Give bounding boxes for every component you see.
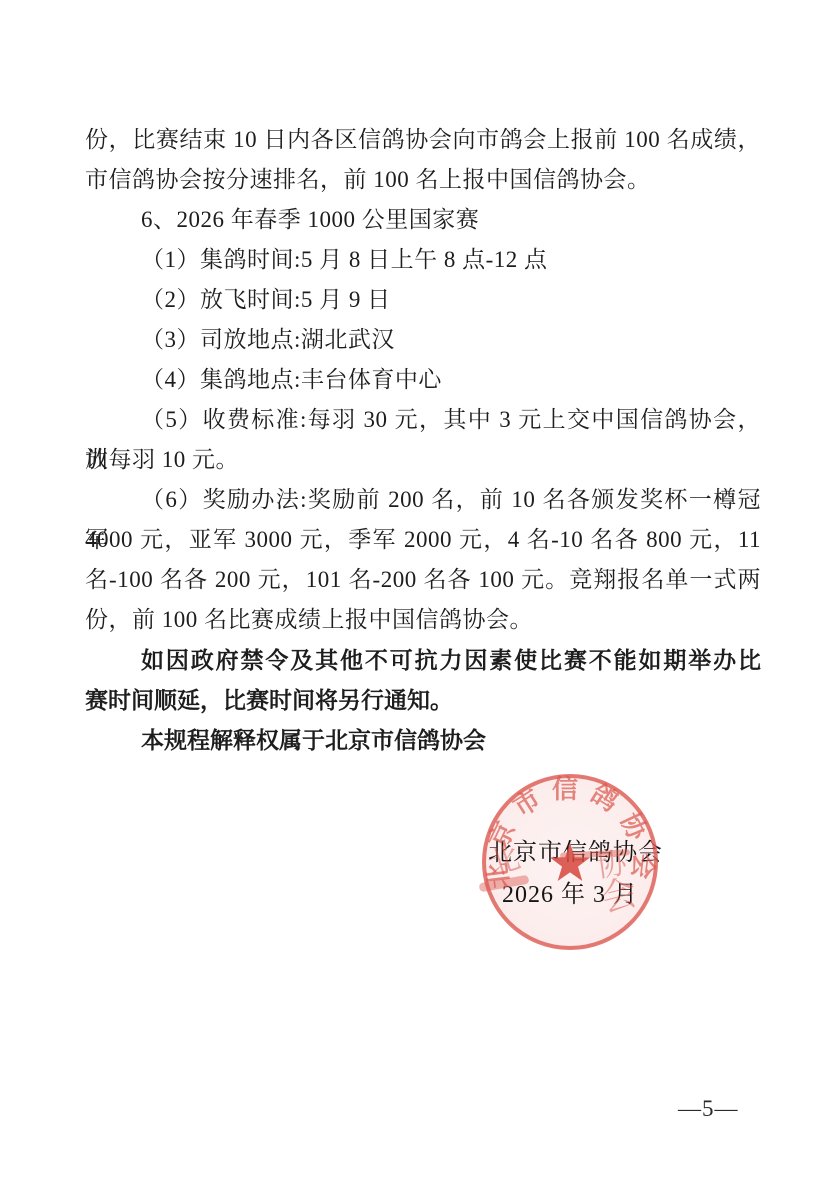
text-line: 放每羽 10 元。 xyxy=(85,440,761,480)
document-page: 份，比赛结束 10 日内各区信鸽协会向市鸽会上报前 100 名成绩， 市信鸽协会… xyxy=(0,0,839,1187)
association-seal-stamp: 北京市信鸽协会 xyxy=(475,767,665,957)
document-body: 份，比赛结束 10 日内各区信鸽协会向市鸽会上报前 100 名成绩， 市信鸽协会… xyxy=(85,120,761,760)
text-line: 市信鸽协会按分速排名，前 100 名上报中国信鸽协会。 xyxy=(85,160,761,200)
list-item: （1）集鸽时间:5 月 8 日上午 8 点-12 点 xyxy=(85,240,761,280)
seal-arc-text: 北京市信鸽协会 xyxy=(481,774,658,890)
list-item: （6）奖励办法:奖励前 200 名，前 10 名各颁发奖杯一樽冠军 xyxy=(85,480,761,520)
text-line: 本规程解释权属于北京市信鸽协会 xyxy=(85,720,761,760)
text-line: 如因政府禁令及其他不可抗力因素使比赛不能如期举办比 xyxy=(85,640,761,680)
page-number: —5— xyxy=(678,1096,739,1122)
list-item: （5）收费标准:每羽 30 元，其中 3 元上交中国信鸽协会，训 xyxy=(85,400,761,440)
text-line: 名-100 名各 200 元，101 名-200 名各 100 元。竞翔报名单一… xyxy=(85,560,761,600)
list-item: （3）司放地点:湖北武汉 xyxy=(85,320,761,360)
text-line: 4000 元，亚军 3000 元，季军 2000 元，4 名-10 名各 800… xyxy=(85,520,761,560)
section-heading: 6、2026 年春季 1000 公里国家赛 xyxy=(85,200,761,240)
list-item: （4）集鸽地点:丰台体育中心 xyxy=(85,360,761,400)
text-line: 份，前 100 名比赛成绩上报中国信鸽协会。 xyxy=(85,600,761,640)
star-icon xyxy=(550,843,590,881)
text-line: 份，比赛结束 10 日内各区信鸽协会向市鸽会上报前 100 名成绩， xyxy=(85,120,761,160)
list-item: （2）放飞时间:5 月 9 日 xyxy=(85,280,761,320)
text-line: 赛时间顺延，比赛时间将另行通知。 xyxy=(85,680,761,720)
